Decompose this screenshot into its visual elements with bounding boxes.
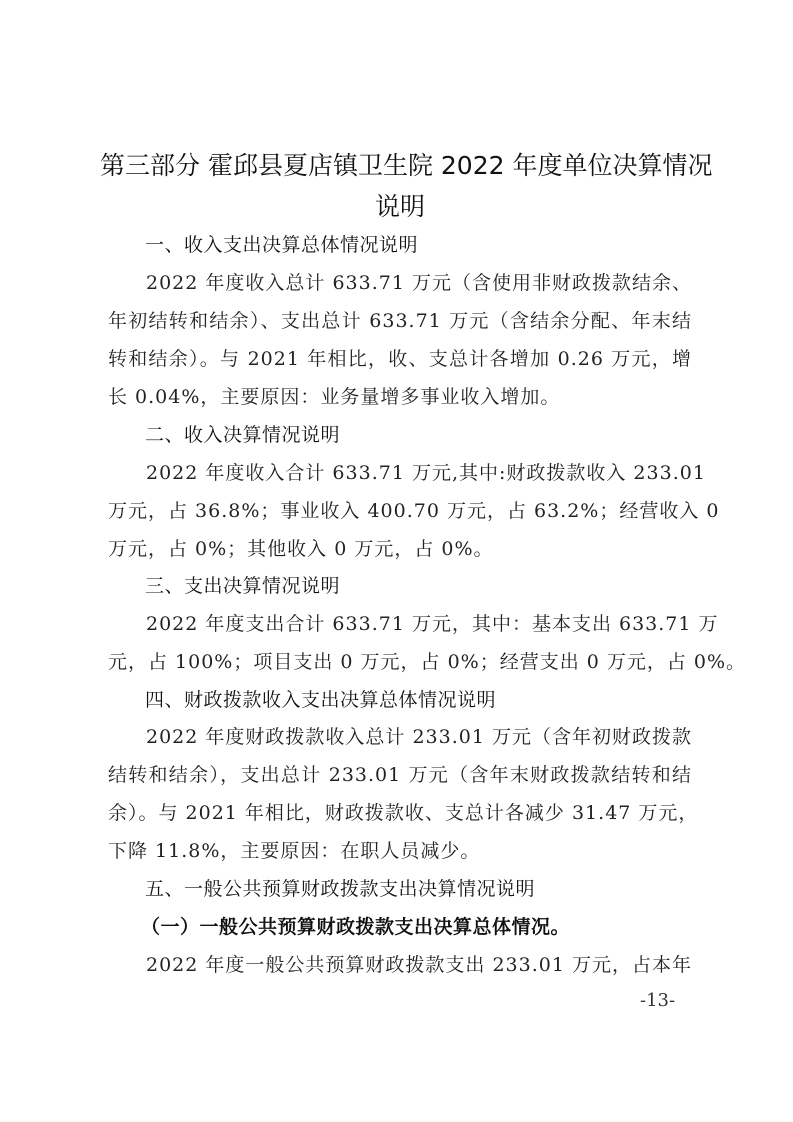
paragraph-line: 下降 11.8%，主要原因：在职人员减少。 [108,836,692,863]
document-page: 第三部分 霍邱县夏店镇卫生院 2022 年度单位决算情况 说明 一、收入支出决算… [0,0,793,1122]
paragraph-line: 长 0.04%，主要原因：业务量增多事业收入增加。 [108,382,692,409]
section-heading-3: 三、支出决算情况说明 [145,571,340,598]
paragraph-line: 结转和结余），支出总计 233.01 万元（含年末财政拨款结转和结 [108,760,692,787]
paragraph-line: 元，占 100%；项目支出 0 万元，占 0%；经营支出 0 万元，占 0%。 [108,647,692,674]
paragraph-line: 2022 年度收入合计 633.71 万元,其中:财政拨款收入 233.01 [146,458,692,485]
page-number: -13- [640,990,675,1011]
paragraph-line: 2022 年度一般公共预算财政拨款支出 233.01 万元，占本年 [146,950,692,977]
section-heading-2: 二、收入决算情况说明 [145,420,340,447]
paragraph-line: 年初结转和结余）、支出总计 633.71 万元（含结余分配、年末结 [108,306,692,333]
paragraph-line: 转和结余）。与 2021 年相比，收、支总计各增加 0.26 万元，增 [108,344,692,371]
paragraph-line: 万元，占 36.8%；事业收入 400.70 万元，占 63.2%；经营收入 0 [108,496,692,523]
section-heading-4: 四、财政拨款收入支出决算总体情况说明 [145,685,496,712]
paragraph-line: 2022 年度收入总计 633.71 万元（含使用非财政拨款结余、 [146,268,692,295]
page-title-line-2: 说明 [100,187,700,223]
paragraph-line: 2022 年度财政拨款收入总计 233.01 万元（含年初财政拨款 [146,722,692,749]
paragraph-line: 万元，占 0%；其他收入 0 万元，占 0%。 [108,534,692,561]
section-heading-5: 五、一般公共预算财政拨款支出决算情况说明 [145,874,535,901]
subsection-heading-5-1: （一）一般公共预算财政拨款支出决算总体情况。 [141,912,570,939]
paragraph-line: 余）。与 2021 年相比，财政拨款收、支总计各减少 31.47 万元， [108,798,692,825]
paragraph-line: 2022 年度支出合计 633.71 万元，其中：基本支出 633.71 万 [146,609,692,636]
page-title-line-1: 第三部分 霍邱县夏店镇卫生院 2022 年度单位决算情况 [100,146,700,182]
section-heading-1: 一、收入支出决算总体情况说明 [145,230,418,257]
